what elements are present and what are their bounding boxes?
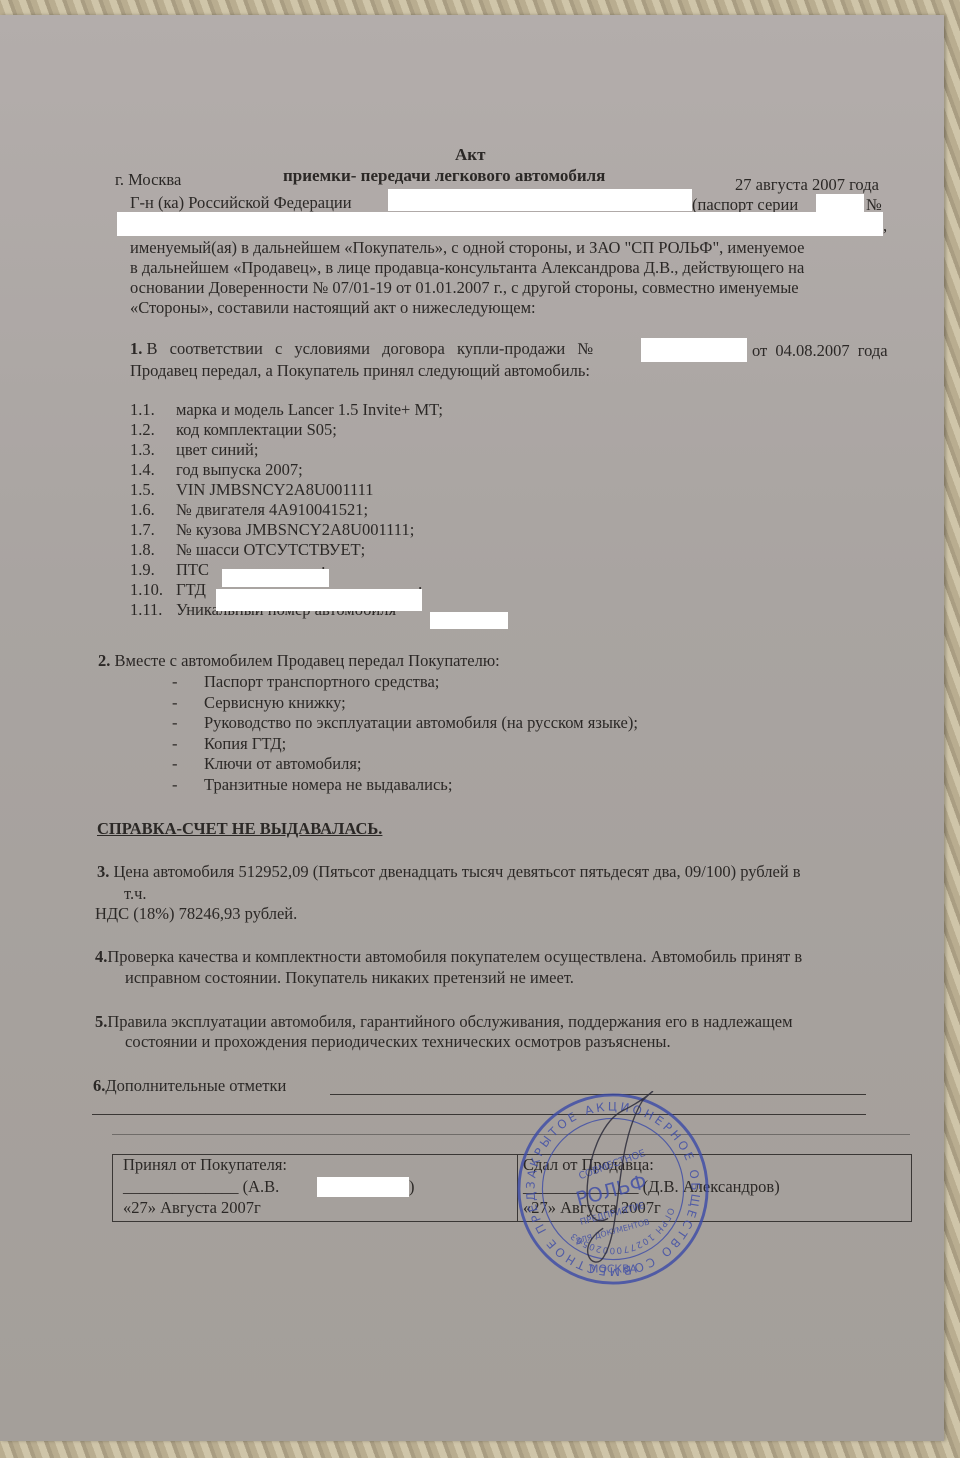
intro-line5: основании Доверенности № 07/01-19 от 01.… bbox=[130, 278, 799, 298]
section1-line1: 1. В соответствии с условиями договора к… bbox=[130, 339, 593, 359]
additional-notes-line-3 bbox=[112, 1134, 910, 1135]
section1-line1-end: от 04.08.2007 года bbox=[752, 341, 888, 361]
handover-item: -Руководство по эксплуатации автомобиля … bbox=[172, 713, 638, 734]
item-text: ПТС bbox=[176, 560, 209, 579]
vehicle-detail-item: 1.3.цвет синий; bbox=[130, 440, 443, 460]
vehicle-detail-item: 1.5.VIN JMBSNCY2A8U001111 bbox=[130, 480, 443, 500]
document-page: Акт приемки- передачи легкового автомоби… bbox=[0, 15, 944, 1441]
invoice-notice: СПРАВКА-СЧЕТ НЕ ВЫДАВАЛАСЬ. bbox=[97, 819, 382, 839]
item-number: 1.7. bbox=[130, 520, 176, 540]
section4-line2: исправном состоянии. Покупатель никаких … bbox=[125, 968, 574, 988]
section3-line1: 3. Цена автомобиля 512952,09 (Пятьсот дв… bbox=[97, 862, 801, 882]
handover-item: -Ключи от автомобиля; bbox=[172, 754, 638, 775]
item-text: № двигателя 4A910041521; bbox=[176, 500, 368, 519]
bullet-dash: - bbox=[172, 775, 204, 796]
item-text: ГТД bbox=[176, 580, 206, 599]
signature-table: Принял от Покупателя: ______________ (А.… bbox=[112, 1154, 912, 1222]
item-number: 1.3. bbox=[130, 440, 176, 460]
bullet-dash: - bbox=[172, 713, 204, 734]
additional-notes-line-2 bbox=[92, 1114, 866, 1115]
redacted-unique-number bbox=[430, 612, 508, 629]
buyer-sign-close: ) bbox=[409, 1177, 415, 1197]
redacted-buyer-surname bbox=[317, 1177, 409, 1197]
bullet-dash: - bbox=[172, 672, 204, 693]
redacted-pts-number bbox=[222, 569, 329, 587]
handover-items-list: -Паспорт транспортного средства;-Сервисн… bbox=[172, 672, 638, 795]
section3-vat: НДС (18%) 78246,93 рублей. bbox=[95, 904, 297, 924]
document-city: г. Москва bbox=[115, 170, 181, 190]
buyer-label: Принял от Покупателя: bbox=[123, 1155, 287, 1175]
intro-line4: в дальнейшем «Продавец», в лице продавца… bbox=[130, 258, 804, 278]
bullet-dash: - bbox=[172, 734, 204, 755]
vehicle-detail-item: 1.4.год выпуска 2007; bbox=[130, 460, 443, 480]
item-number: 1.5. bbox=[130, 480, 176, 500]
item-text: год выпуска 2007; bbox=[176, 460, 303, 479]
bullet-dash: - bbox=[172, 754, 204, 775]
handover-item-text: Транзитные номера не выдавались; bbox=[204, 775, 452, 794]
company-stamp: ЗАКРЫТОЕ АКЦИОНЕРНОЕ ОБЩЕСТВО СОВМЕСТНОЕ… bbox=[515, 1091, 711, 1287]
handover-item: -Паспорт транспортного средства; bbox=[172, 672, 638, 693]
item-number: 1.4. bbox=[130, 460, 176, 480]
redacted-buyer-name bbox=[388, 189, 692, 211]
section1-number: 1. bbox=[130, 339, 142, 358]
item-number: 1.2. bbox=[130, 420, 176, 440]
document-title: Акт bbox=[455, 145, 485, 165]
redacted-contract-number bbox=[641, 338, 747, 362]
item-text: код комплектации S05; bbox=[176, 420, 337, 439]
redacted-passport-details bbox=[117, 212, 883, 236]
item-text: цвет синий; bbox=[176, 440, 258, 459]
intro-line2-end: , bbox=[883, 216, 887, 236]
handover-item: -Копия ГТД; bbox=[172, 734, 638, 755]
item-number: 1.10. bbox=[130, 580, 176, 600]
intro-line1-start: Г-н (ка) Российской Федерации bbox=[130, 193, 352, 213]
section3-line2: т.ч. bbox=[124, 884, 147, 904]
handover-item-text: Сервисную книжку; bbox=[204, 693, 346, 712]
section2-heading: 2. Вместе с автомобилем Продавец передал… bbox=[98, 651, 500, 671]
vehicle-detail-item: 1.6.№ двигателя 4A910041521; bbox=[130, 500, 443, 520]
item-text: марка и модель Lancer 1.5 Invite+ MT; bbox=[176, 400, 443, 419]
vehicle-detail-item: 1.1.марка и модель Lancer 1.5 Invite+ MT… bbox=[130, 400, 443, 420]
handover-item-text: Паспорт транспортного средства; bbox=[204, 672, 439, 691]
item-text: № кузова JMBSNCY2A8U001111; bbox=[176, 520, 414, 539]
handover-item-text: Руководство по эксплуатации автомобиля (… bbox=[204, 713, 638, 732]
section1-line2: Продавец передал, а Покупатель принял сл… bbox=[130, 361, 590, 381]
intro-line6: «Стороны», составили настоящий акт о ниж… bbox=[130, 298, 536, 318]
section6-label: 6.Дополнительные отметки bbox=[93, 1076, 286, 1096]
item-number: 1.1. bbox=[130, 400, 176, 420]
item-text: № шасси ОТСУТСТВУЕТ; bbox=[176, 540, 365, 559]
item-number: 1.6. bbox=[130, 500, 176, 520]
section5-line1: 5.Правила эксплуатации автомобиля, гаран… bbox=[95, 1012, 793, 1032]
vehicle-details-list: 1.1.марка и модель Lancer 1.5 Invite+ MT… bbox=[130, 400, 443, 620]
section5-line2: состоянии и прохождения периодических те… bbox=[125, 1032, 671, 1052]
svg-text:МОСКВА: МОСКВА bbox=[589, 1262, 637, 1275]
bullet-dash: - bbox=[172, 693, 204, 714]
vehicle-detail-item: 1.7.№ кузова JMBSNCY2A8U001111; bbox=[130, 520, 443, 540]
redacted-passport-series bbox=[816, 194, 864, 212]
redacted-gtd-number bbox=[216, 589, 422, 611]
intro-line3: именуемый(ая) в дальнейшем «Покупатель»,… bbox=[130, 238, 804, 258]
document-date: 27 августа 2007 года bbox=[735, 175, 879, 195]
item-number: 1.9. bbox=[130, 560, 176, 580]
vehicle-detail-item: 1.2.код комплектации S05; bbox=[130, 420, 443, 440]
vehicle-detail-item: 1.8.№ шасси ОТСУТСТВУЕТ; bbox=[130, 540, 443, 560]
item-number: 1.8. bbox=[130, 540, 176, 560]
section4-line1: 4.Проверка качества и комплектности авто… bbox=[95, 947, 802, 967]
handover-item-text: Ключи от автомобиля; bbox=[204, 754, 362, 773]
buyer-sign-line: ______________ (А.В. bbox=[123, 1177, 279, 1197]
buyer-date: «27» Августа 2007г bbox=[123, 1198, 261, 1218]
handover-item: -Транзитные номера не выдавались; bbox=[172, 775, 638, 796]
handover-item-text: Копия ГТД; bbox=[204, 734, 286, 753]
handover-item: -Сервисную книжку; bbox=[172, 693, 638, 714]
document-subtitle: приемки- передачи легкового автомобиля bbox=[283, 166, 605, 186]
item-text: VIN JMBSNCY2A8U001111 bbox=[176, 480, 374, 499]
item-number: 1.11. bbox=[130, 600, 176, 620]
